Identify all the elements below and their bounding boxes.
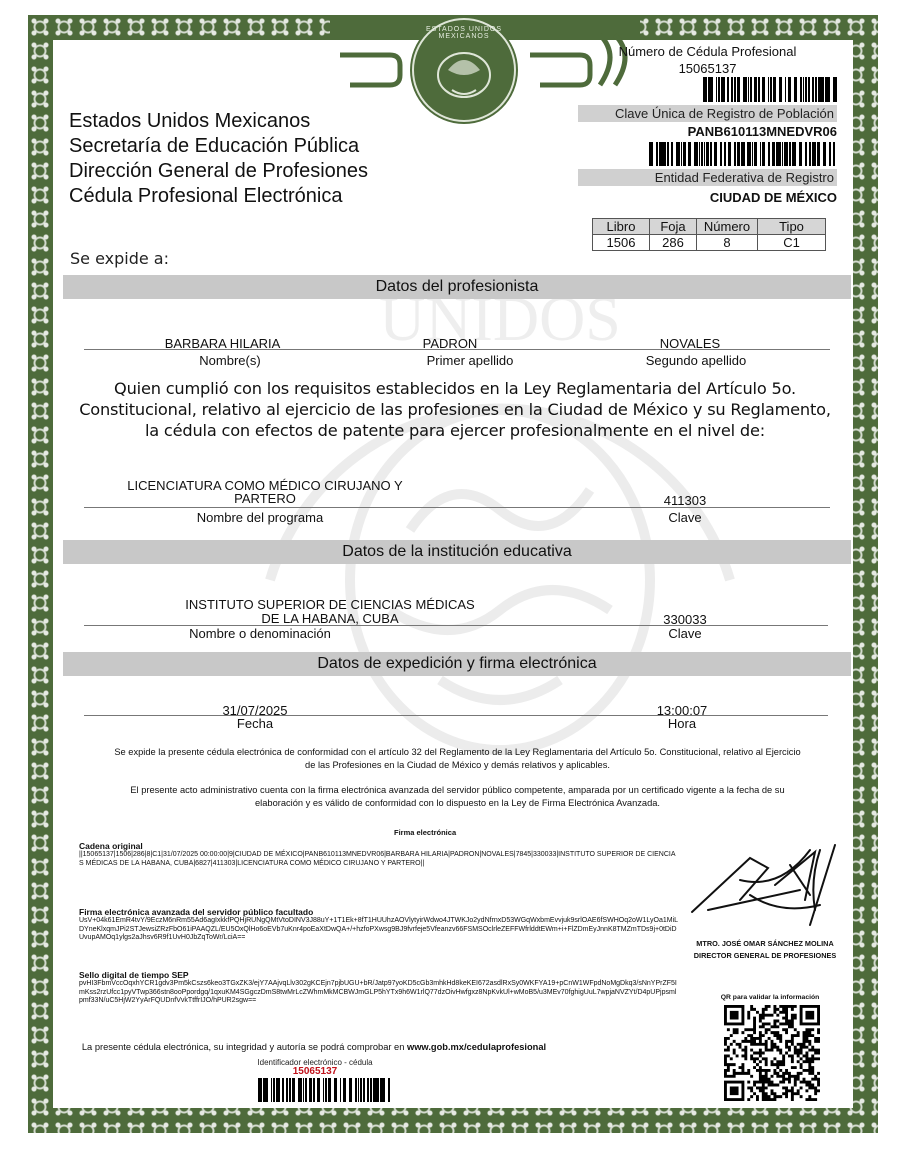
eagle-icon (414, 20, 514, 120)
qr-label: QR para validar la información (700, 994, 840, 1001)
curp-barcode (600, 142, 837, 166)
declaration-text: Quien cumplió con los requisitos estable… (60, 378, 850, 441)
timestamp-seal: Sello digital de tiempo SEP pvHI3FbmVccO… (79, 970, 679, 1006)
header-numero: Número (697, 219, 758, 235)
program-code-label: Clave (630, 510, 740, 525)
curp-value: PANB610113MNEDVR06 (578, 124, 837, 139)
electronic-signature-title: Firma electrónica (394, 828, 456, 837)
value-tipo: C1 (758, 235, 826, 251)
timestamp-seal-value: pvHI3FbmVccOqxhYCR1gdv3Pm5kCszs6keo3TGxZ… (79, 980, 677, 1004)
verification-notice: La presente cédula electrónica, su integ… (79, 1042, 549, 1052)
registry-block: Número de Cédula Profesional 15065137 Cl… (578, 44, 837, 205)
verification-text: La presente cédula electrónica, su integ… (82, 1042, 407, 1052)
entidad-label: Entidad Federativa de Registro (578, 169, 837, 186)
book-registry-table: Libro Foja Número Tipo 1506 286 8 C1 (592, 218, 826, 251)
second-surname-label: Segundo apellido (626, 353, 766, 368)
value-foja: 286 (650, 235, 697, 251)
header-tipo: Tipo (758, 219, 826, 235)
field-underline (84, 507, 830, 508)
signer-title: DIRECTOR GENERAL DE PROFESIONES (680, 950, 850, 962)
first-surname-label: Primer apellido (400, 353, 540, 368)
issued-to-label: Se expide a: (70, 249, 169, 268)
institution-name-line1: INSTITUTO SUPERIOR DE CIENCIAS MÉDICAS (150, 597, 510, 612)
title-line: Cédula Profesional Electrónica (69, 184, 368, 209)
timestamp-seal-label: Sello digital de tiempo SEP (79, 970, 679, 980)
title-line: Secretaría de Educación Pública (69, 134, 368, 159)
value-libro: 1506 (593, 235, 650, 251)
verification-link[interactable]: www.gob.mx/cedulaprofesional (407, 1042, 546, 1052)
section-profesionista: Datos del profesionista (63, 275, 851, 299)
curp-label: Clave Única de Registro de Población (578, 105, 837, 122)
field-underline (84, 349, 830, 350)
server-signature-label: Firma electrónica avanzada del servidor … (79, 907, 679, 917)
original-chain-label: Cadena original (79, 841, 679, 851)
header-libro: Libro (593, 219, 650, 235)
qr-code[interactable] (724, 1005, 820, 1101)
cedula-barcode (636, 77, 837, 102)
issuer-title-block: Estados Unidos Mexicanos Secretaría de E… (69, 109, 368, 209)
legal-line: elaboración y es válido de conformidad c… (75, 797, 840, 810)
section-institucion: Datos de la institución educativa (63, 540, 851, 564)
header-foja: Foja (650, 219, 697, 235)
signer-block: MTRO. JOSÉ OMAR SÁNCHEZ MOLINA DIRECTOR … (680, 938, 850, 962)
legal-line: de las Profesiones en la Ciudad de Méxic… (75, 759, 840, 772)
program-code: 411303 (630, 493, 740, 508)
original-chain: Cadena original ||15065137|1506|286|8|C1… (79, 841, 679, 868)
program-name-line2: PARTERO (100, 491, 430, 506)
entidad-value: CIUDAD DE MÉXICO (578, 190, 837, 205)
server-signature: Firma electrónica avanzada del servidor … (79, 907, 679, 943)
given-names-label: Nombre(s) (160, 353, 300, 368)
declaration-line: la cédula con efectos de patente para ej… (60, 420, 850, 441)
value-numero: 8 (697, 235, 758, 251)
cedula-number-label: Número de Cédula Profesional (578, 44, 837, 59)
legal-paragraph-1: Se expide la presente cédula electrónica… (75, 746, 840, 772)
institution-name-line2: DE LA HABANA, CUBA (150, 611, 510, 626)
issue-time-label: Hora (622, 716, 742, 731)
institution-code-label: Clave (630, 626, 740, 641)
cedula-number: 15065137 (578, 61, 837, 76)
national-seal: ESTADOS UNIDOS MEXICANOS (412, 18, 516, 122)
electronic-id-number: 15065137 (200, 1066, 430, 1077)
declaration-line: Constitucional, relativo al ejercicio de… (60, 399, 850, 420)
handwritten-signature (680, 840, 850, 930)
title-line: Dirección General de Profesiones (69, 159, 368, 184)
server-signature-value: UsV+04k61EmR4tvY/9EczM6nRm55Ad6agIxkkfPQ… (79, 917, 678, 941)
legal-line: Se expide la presente cédula electrónica… (75, 746, 840, 759)
title-line: Estados Unidos Mexicanos (69, 109, 368, 134)
program-name-label: Nombre del programa (160, 510, 360, 525)
signer-name: MTRO. JOSÉ OMAR SÁNCHEZ MOLINA (680, 938, 850, 950)
electronic-id-barcode (240, 1078, 390, 1102)
institution-name-label: Nombre o denominación (150, 626, 370, 641)
declaration-line: Quien cumplió con los requisitos estable… (60, 378, 850, 399)
issue-date-label: Fecha (195, 716, 315, 731)
section-expedicion: Datos de expedición y firma electrónica (63, 652, 851, 676)
legal-paragraph-2: El presente acto administrativo cuenta c… (75, 784, 840, 810)
legal-line: El presente acto administrativo cuenta c… (75, 784, 840, 797)
original-chain-value: ||15065137|1506|286|8|C1|31/07/2025 00:0… (79, 851, 676, 867)
